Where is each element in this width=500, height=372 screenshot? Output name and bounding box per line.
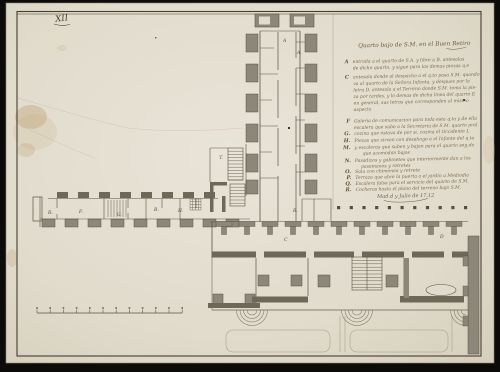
room-label-h: H. (177, 208, 184, 214)
oval-basin (426, 285, 456, 296)
legend-line: aspecto (354, 107, 372, 113)
archival-floor-plan: XII A A. R. F. G. B. H. (0, 0, 500, 372)
legend-letter-g: G. (344, 131, 350, 137)
sheet-number-text: XII (54, 13, 70, 25)
legend-letter-m: M. (342, 145, 351, 151)
east-wall (468, 236, 479, 354)
room-label-t: T. (219, 155, 223, 161)
room-label-f: F. (78, 209, 83, 215)
legend-letter-a: A (344, 59, 349, 65)
legend-letter-r: R. (344, 187, 351, 193)
room-label-d: D (439, 234, 444, 240)
room-label-b2: B. (292, 208, 298, 214)
photographed-plan-sheet: XII A A. R. F. G. B. H. (0, 0, 500, 372)
room-label-a2: A. (296, 50, 302, 56)
room-label-b1: B. (153, 207, 159, 213)
room-label-g: G. (117, 212, 122, 218)
legend-letter-h: H. (343, 138, 351, 144)
legend-line: que acomodan bajos (363, 150, 411, 157)
legend-letter-n: N. (344, 158, 352, 164)
room-label-c: C (284, 237, 288, 243)
legend-letter-f: F (345, 119, 350, 125)
room-label-r: R. (47, 210, 53, 216)
